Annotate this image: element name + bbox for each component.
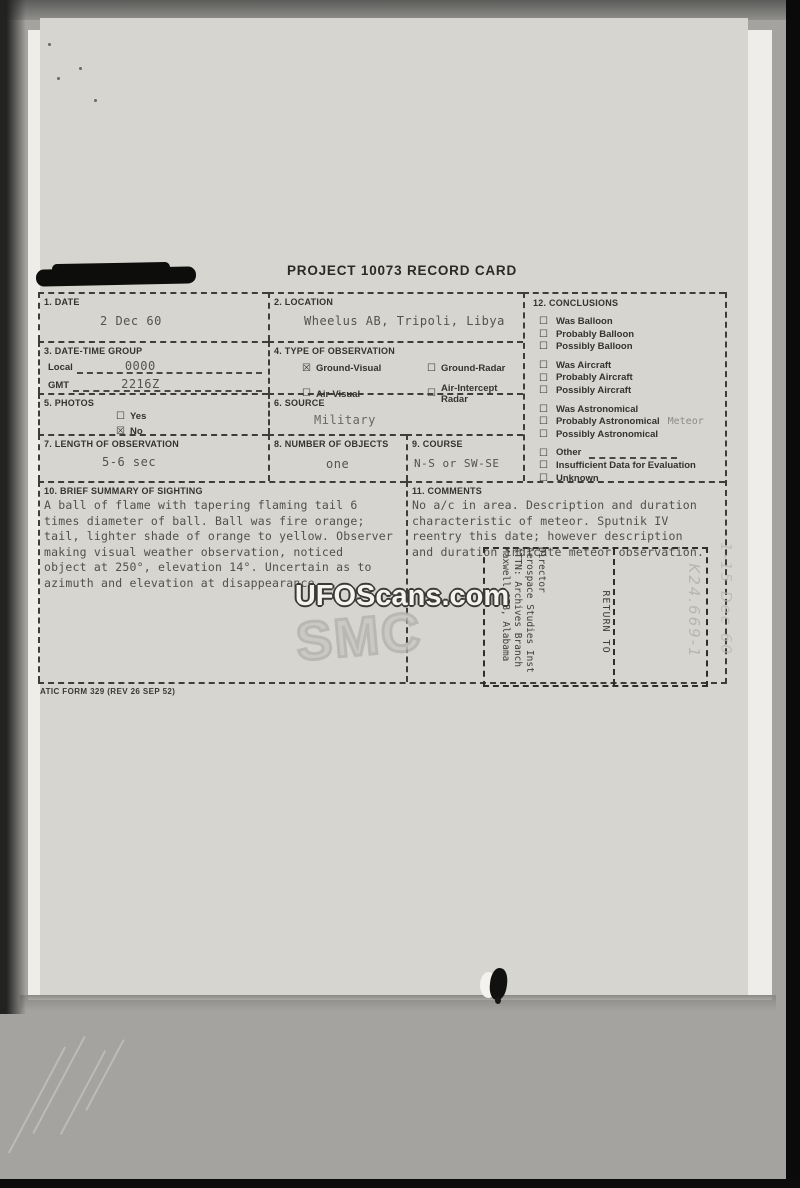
scanner-left-edge [0, 0, 26, 1014]
field-conclusions-label: 12. CONCLUSIONS [533, 298, 721, 308]
field-summary-value: A ball of flame with tapering flaming ta… [44, 498, 402, 591]
ufoscans-watermark: UFOScans.com [250, 580, 554, 613]
scratch-mark [60, 1050, 106, 1135]
scanner-top-edge [0, 0, 800, 20]
field-course-value: N-S or SW-SE [414, 457, 519, 470]
dtg-local-value: 0000 [125, 359, 156, 373]
conclusion-item: ☐Probably Balloon [539, 329, 721, 342]
field-type-of-observation: 4. TYPE OF OBSERVATION ☒Ground-Visual ☐G… [268, 341, 523, 393]
checkbox-icon: ☐ [539, 430, 548, 440]
dtg-gmt-value: 2216Z [121, 377, 160, 391]
scanned-document-page: PROJECT 10073 RECORD CARD 1. DATE 2 Dec … [0, 0, 800, 1188]
field-photos: 5. PHOTOS ☐Yes ☒No [38, 393, 268, 434]
checkbox-icon: ☐ [539, 361, 548, 371]
dust-speck [48, 43, 51, 46]
card-title: PROJECT 10073 RECORD CARD [262, 263, 542, 278]
field-location: 2. LOCATION Wheelus AB, Tripoli, Libya [268, 292, 523, 341]
checkbox-icon: ☐ [116, 412, 125, 422]
conclusions-astronomical-group: ☐Was Astronomical ☐Probably Astronomical… [533, 404, 721, 442]
conclusion-item: ☐Other [539, 447, 721, 460]
field-date-time-group: 3. DATE-TIME GROUP Local 0000 GMT 2216Z [38, 341, 268, 393]
dtg-local-row: Local 0000 [48, 357, 262, 374]
dtg-local-line: 0000 [77, 357, 262, 374]
conclusions-other-group: ☐Other ☐Insufficient Data for Evaluation… [533, 447, 721, 485]
dust-speck [94, 99, 97, 102]
field-number-of-objects: 8. NUMBER OF OBJECTS one [268, 434, 406, 481]
conclusion-item: ☐Was Aircraft [539, 360, 721, 373]
conclusion-item: ☐Insufficient Data for Evaluation [539, 460, 721, 473]
field-photos-label: 5. PHOTOS [44, 398, 264, 408]
stamp-divider-line [613, 549, 615, 685]
field-source-value: Military [314, 413, 519, 427]
field-summary-label: 10. BRIEF SUMMARY OF SIGHTING [44, 486, 402, 496]
observation-option: ☐Ground-Radar [427, 363, 519, 374]
dtg-gmt-label: GMT [48, 380, 69, 392]
dust-speck [57, 77, 60, 80]
conclusions-balloon-group: ☐Was Balloon ☐Probably Balloon ☐Possibly… [533, 316, 721, 354]
checkbox-icon: ☐ [539, 405, 548, 415]
field-length-of-observation: 7. LENGTH OF OBSERVATION 5-6 sec [38, 434, 268, 481]
field-number-value: one [326, 457, 402, 471]
scratch-mark [8, 1047, 66, 1154]
scanner-bottom-edge [0, 1179, 800, 1188]
conclusion-item: ☐Was Astronomical [539, 404, 721, 417]
checkbox-icon: ☐ [539, 449, 548, 459]
field-number-label: 8. NUMBER OF OBJECTS [274, 439, 402, 449]
checkbox-icon: ☐ [427, 364, 436, 374]
return-to-stamp-address: Director Aerospace Studies Inst ATTN: Ar… [495, 547, 547, 697]
scanner-right-edge [786, 0, 800, 1188]
checkbox-icon: ☐ [539, 330, 548, 340]
checkbox-icon: ☐ [539, 317, 548, 327]
field-course: 9. COURSE N-S or SW-SE [406, 434, 523, 481]
field-source-label: 6. SOURCE [274, 398, 519, 408]
return-to-stamp-title: RETURN TO [597, 547, 611, 697]
conclusion-item: ☐Possibly Aircraft [539, 385, 721, 398]
conclusion-item: ☐Possibly Balloon [539, 341, 721, 354]
dtg-gmt-line: 2216Z [73, 375, 262, 392]
conclusion-item: ☐Possibly Astronomical [539, 429, 721, 442]
dtg-local-label: Local [48, 362, 73, 374]
checkbox-icon: ☐ [539, 374, 548, 384]
dust-speck [79, 67, 82, 70]
pencil-date-note: 1-15 Dec 60 [717, 524, 735, 674]
field-comments-label: 11. COMMENTS [412, 486, 721, 496]
field-location-label: 2. LOCATION [274, 297, 519, 307]
field-date: 1. DATE 2 Dec 60 [38, 292, 268, 341]
field-length-value: 5-6 sec [102, 455, 264, 469]
conclusion-item: ☐Probably Aircraft [539, 372, 721, 385]
dtg-gmt-row: GMT 2216Z [48, 375, 262, 392]
scratch-mark [32, 1036, 85, 1134]
conclusion-item: ☐Probably AstronomicalMeteor [539, 416, 721, 429]
field-conclusions: 12. CONCLUSIONS ☐Was Balloon ☐Probably B… [523, 292, 725, 481]
field-date-label: 1. DATE [44, 297, 264, 307]
observation-option: ☒Ground-Visual [302, 363, 427, 374]
checkbox-icon: ☐ [539, 417, 548, 427]
paper-clip-shadow [495, 997, 501, 1004]
field-source: 6. SOURCE Military [268, 393, 523, 434]
field-dtg-label: 3. DATE-TIME GROUP [44, 346, 264, 356]
checkbox-icon: ☐ [539, 342, 548, 352]
checkbox-icon: ☐ [539, 461, 548, 471]
field-length-label: 7. LENGTH OF OBSERVATION [44, 439, 264, 449]
typed-conclusion-note: Meteor [668, 416, 704, 429]
field-type-label: 4. TYPE OF OBSERVATION [274, 346, 519, 356]
field-location-value: Wheelus AB, Tripoli, Libya [304, 314, 519, 328]
conclusions-aircraft-group: ☐Was Aircraft ☐Probably Aircraft ☐Possib… [533, 360, 721, 398]
form-number: ATIC FORM 329 (REV 26 SEP 52) [40, 687, 175, 696]
paper-bottom-shadow [20, 995, 776, 1011]
pencil-filing-note: K24.669-1 [685, 536, 703, 686]
redaction-mark [52, 262, 170, 274]
other-underline [589, 449, 677, 459]
conclusion-item: ☐Was Balloon [539, 316, 721, 329]
field-course-label: 9. COURSE [412, 439, 519, 449]
checkbox-icon: ☒ [302, 364, 311, 374]
checkbox-icon: ☐ [539, 386, 548, 396]
field-date-value: 2 Dec 60 [100, 314, 264, 328]
photos-option: ☐Yes [116, 411, 264, 422]
